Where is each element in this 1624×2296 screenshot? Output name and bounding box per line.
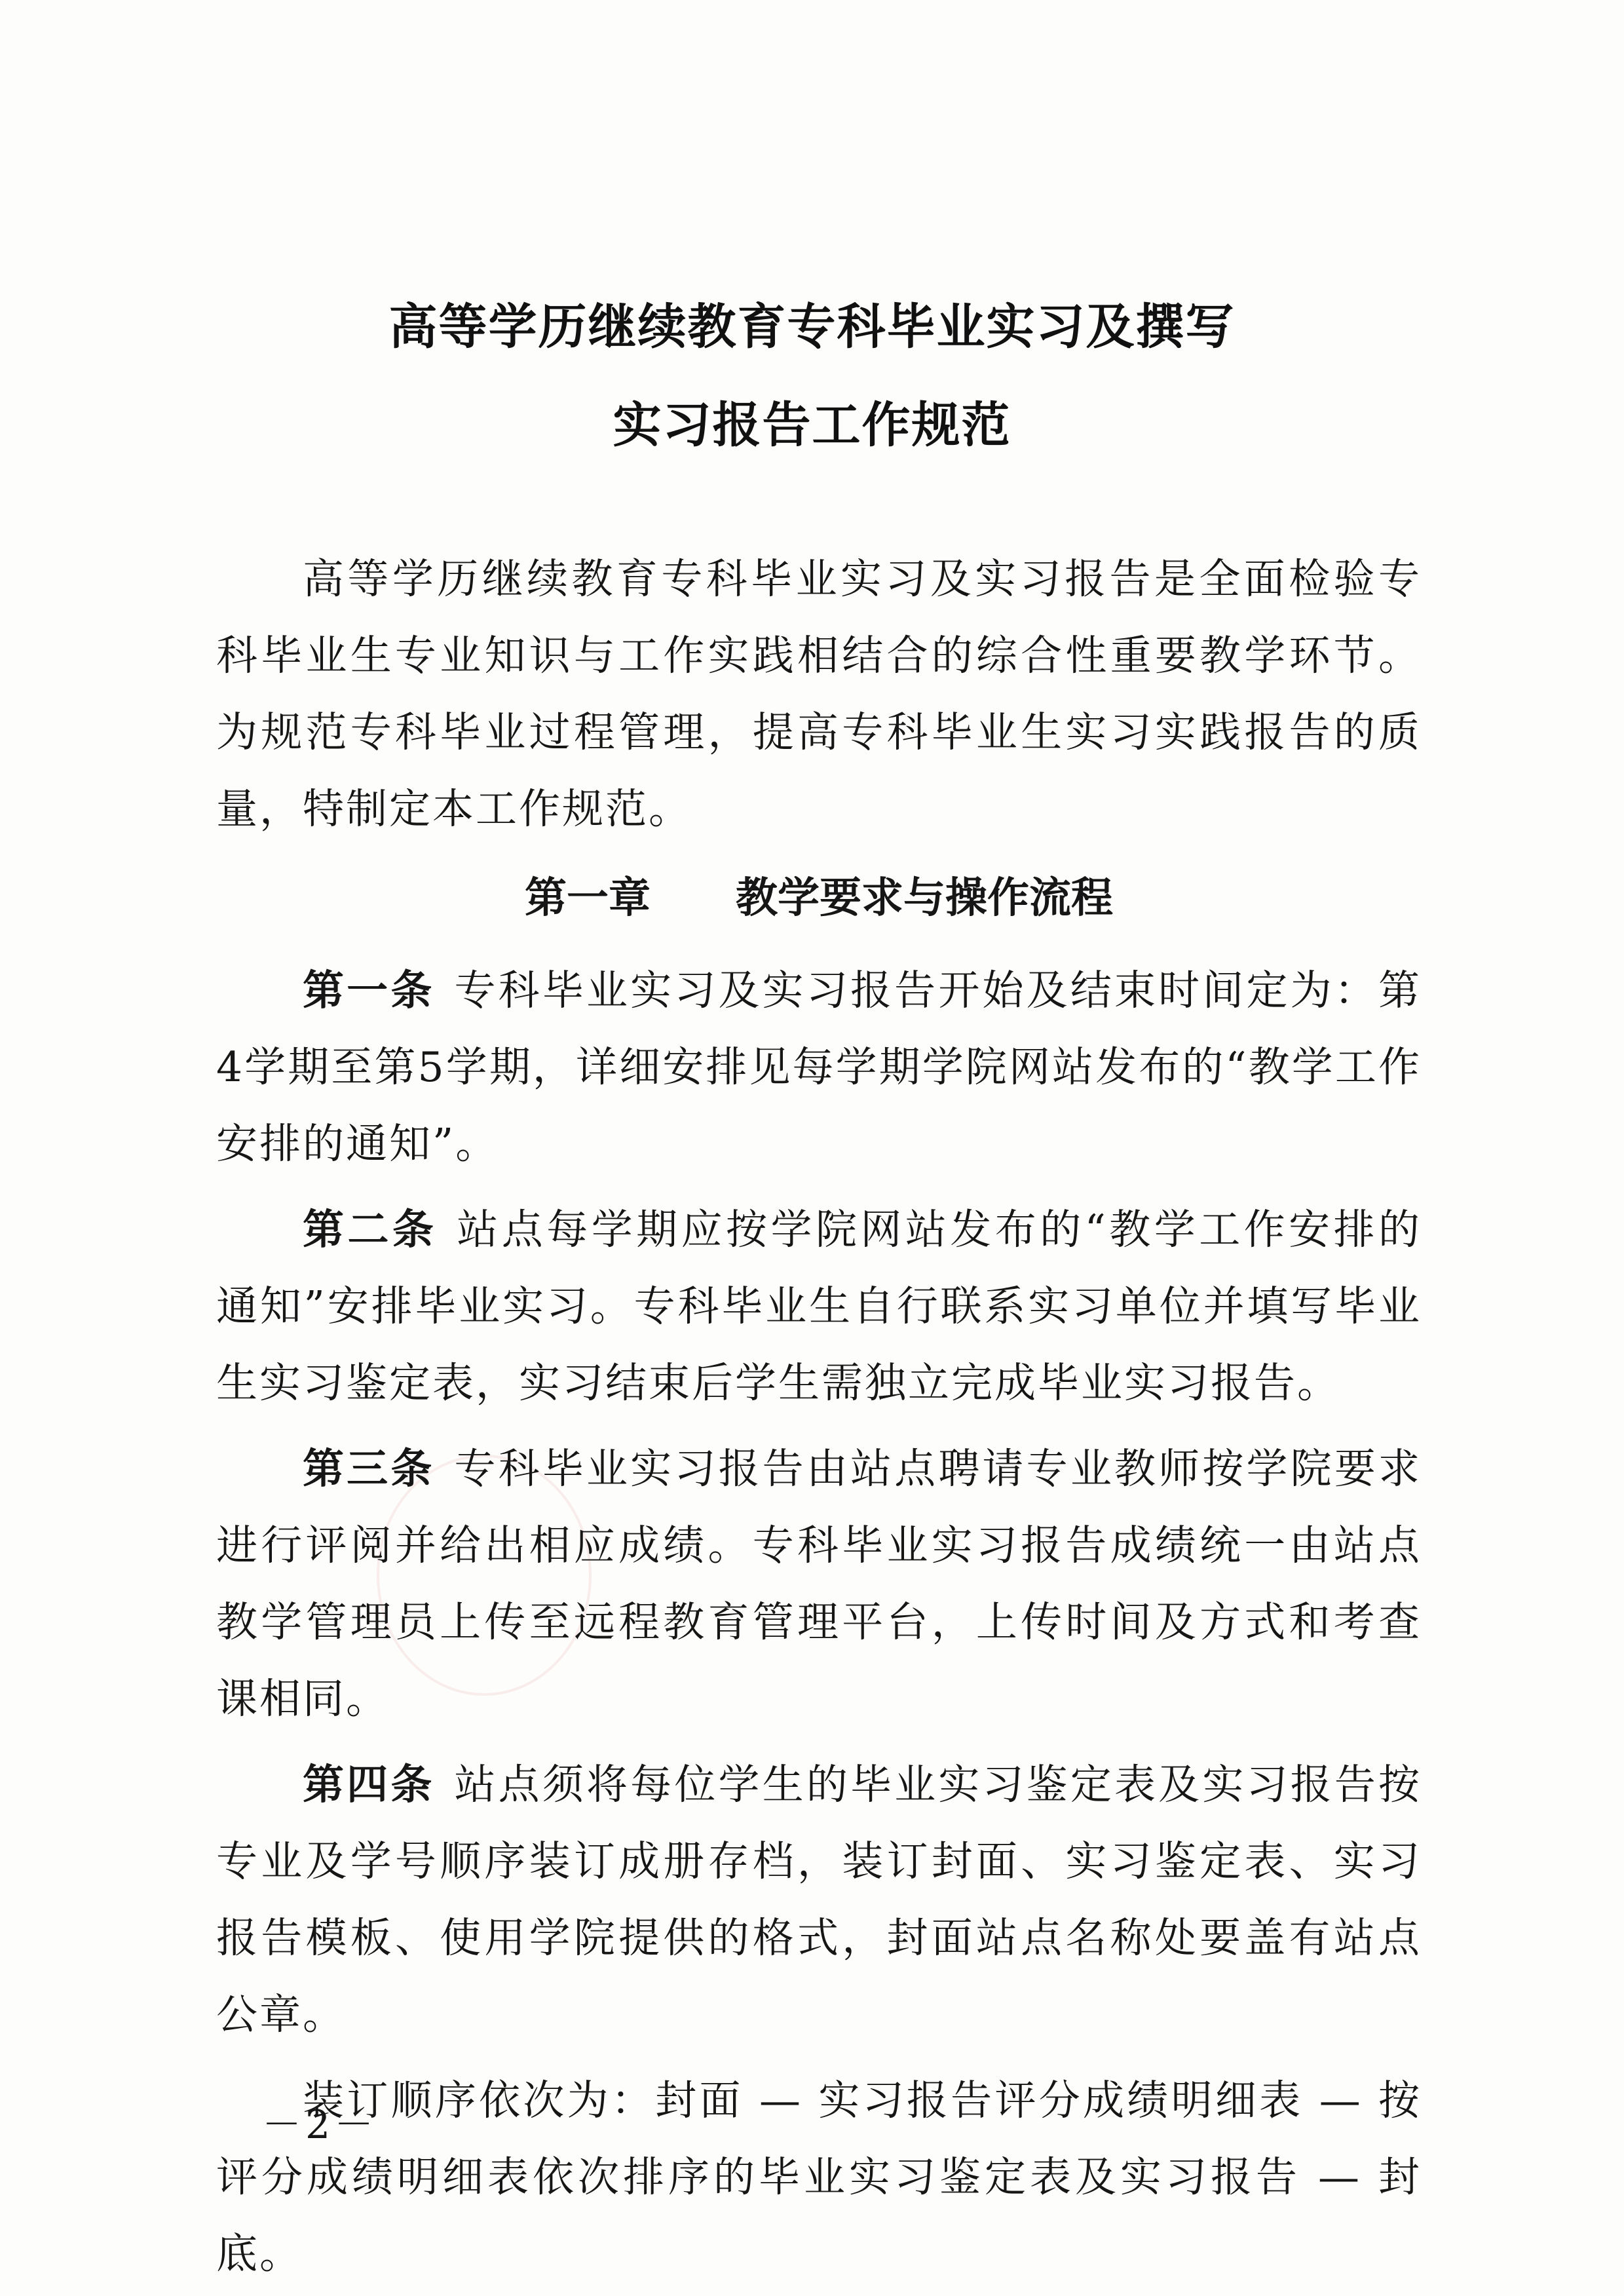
document-title-line-2: 实习报告工作规范: [0, 387, 1624, 456]
chapter-heading: 第一章教学要求与操作流程: [216, 852, 1422, 944]
document-page: 高等学历继续教育专科毕业实习及撰写 实习报告工作规范 高等学历继续教育专科毕业实…: [0, 0, 1624, 2296]
article-1: 第一条专科毕业实习及实习报告开始及结束时间定为：第4学期至第5学期，详细安排见每…: [216, 952, 1422, 1182]
page-number: －2－: [262, 2094, 377, 2150]
article-label: 第四条: [303, 1761, 435, 1808]
binding-order-paragraph: 装订顺序依次为：封面 — 实习报告评分成绩明细表 — 按评分成绩明细表依次排序的…: [216, 2062, 1422, 2292]
chapter-number: 第一章: [525, 874, 651, 923]
document-title-line-1: 高等学历继续教育专科毕业实习及撰写: [0, 288, 1624, 358]
article-2: 第二条站点每学期应按学院网站发布的“教学工作安排的通知”安排毕业实习。专科毕业生…: [216, 1191, 1422, 1421]
article-label: 第一条: [303, 966, 435, 1014]
document-body: 高等学历继续教育专科毕业实习及实习报告是全面检验专科毕业生专业知识与工作实践相结…: [216, 541, 1422, 2292]
intro-paragraph: 高等学历继续教育专科毕业实习及实习报告是全面检验专科毕业生专业知识与工作实践相结…: [216, 541, 1422, 847]
chapter-title: 教学要求与操作流程: [736, 874, 1113, 923]
article-label: 第二条: [303, 1206, 437, 1253]
article-label: 第三条: [303, 1445, 435, 1493]
article-3: 第三条专科毕业实习报告由站点聘请专业教师按学院要求进行评阅并给出相应成绩。专科毕…: [216, 1430, 1422, 1737]
article-4: 第四条站点须将每位学生的毕业实习鉴定表及实习报告按专业及学号顺序装订成册存档，装…: [216, 1746, 1422, 2053]
